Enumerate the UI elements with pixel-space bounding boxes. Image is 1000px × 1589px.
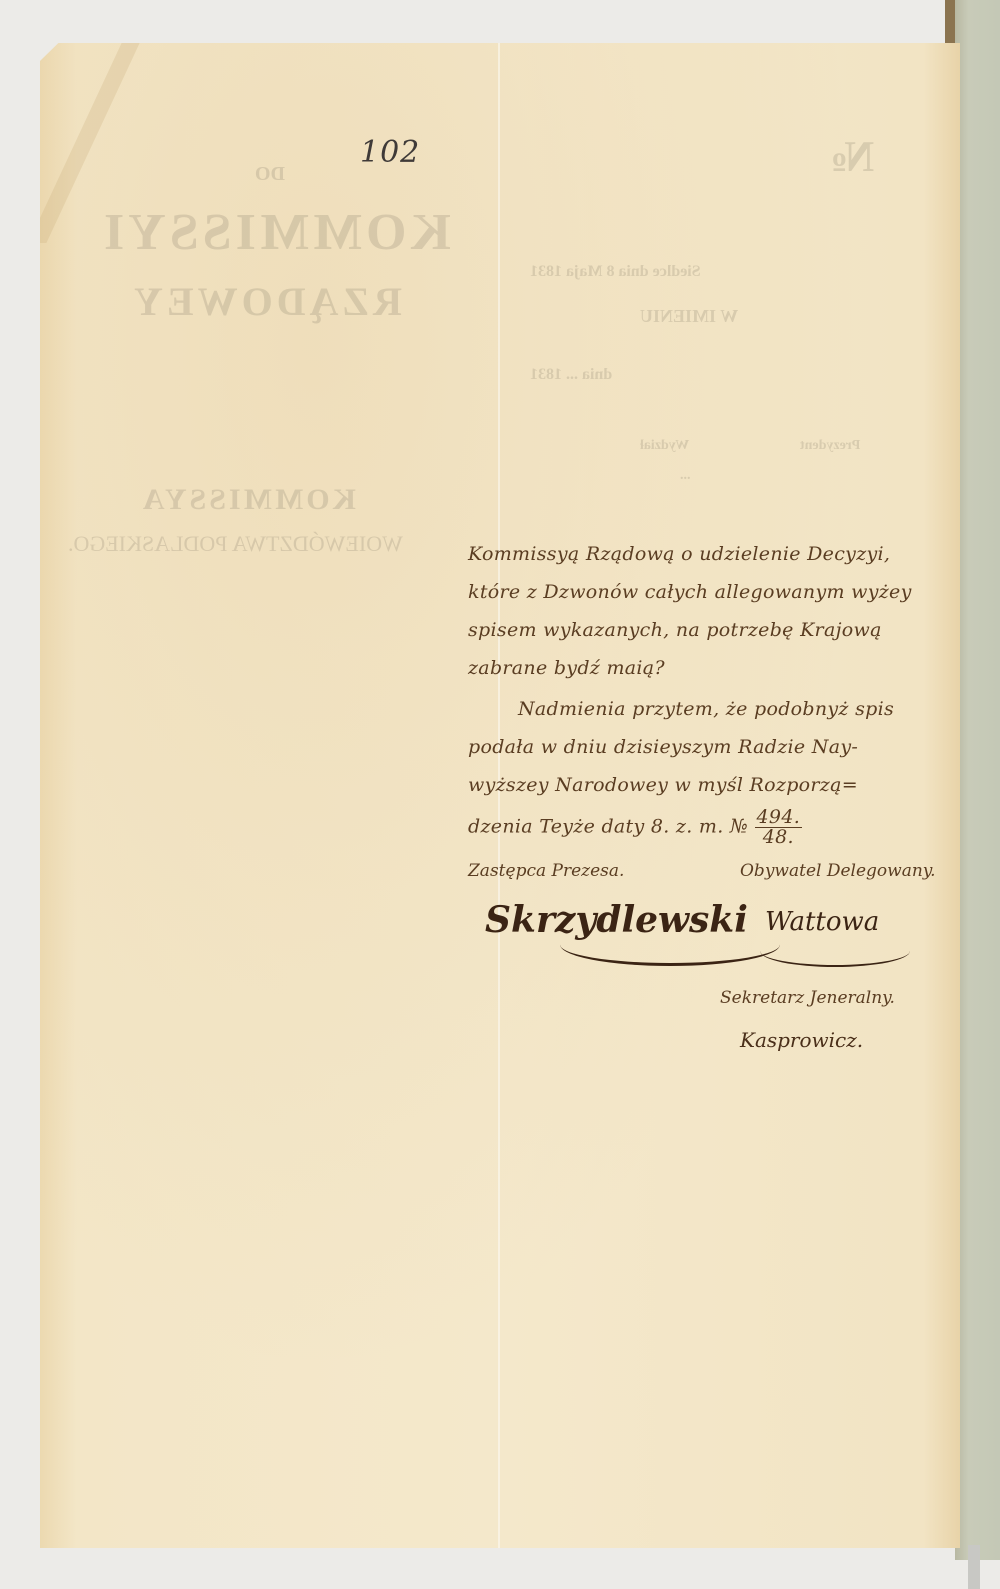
delegated-citizen-label: Obywatel Delegowany. (740, 861, 936, 881)
secretary-signature: Kasprowicz. (740, 1028, 863, 1052)
bleedthrough-right-line4: Prezydent (800, 438, 860, 454)
stand (968, 1545, 980, 1589)
bleedthrough-left-line1: DO (255, 163, 285, 186)
backing-sheet (955, 0, 1000, 1560)
secretary-label: Sekretarz Jeneralny. (720, 988, 895, 1008)
body-line-7: wyższey Narodowey w myśl Rozporzą= (468, 774, 858, 796)
bleedthrough-left-line4: KOMMISSYA (140, 483, 356, 517)
bleedthrough-left-line2: KOMMISSYI (100, 203, 451, 262)
deputy-president-label: Zastępca Prezesa. (468, 861, 624, 881)
delegated-citizen-signature: Wattowa (765, 907, 879, 937)
bleedthrough-right-heading: № (830, 131, 874, 182)
bleedthrough-left-line3: RZĄDOWEY (130, 278, 402, 325)
body-line-5: Nadmienia przytem, że podobnyż spis (518, 698, 894, 720)
bleedthrough-right-line5: Wydział (640, 438, 689, 454)
body-line-4: zabrane bydź maią? (468, 657, 665, 679)
signature-flourish-2 (760, 935, 910, 967)
body-line-8: dzenia Teyże daty 8. z. m. № 494. 48. (468, 808, 802, 847)
signature-flourish-1 (560, 923, 780, 966)
bleedthrough-right-line2: W IMIENIU (640, 306, 738, 327)
body-line-1: Kommissyą Rządową o udzielenie Decyzyi, (468, 543, 890, 565)
body-line-6: podała w dniu dzisieyszym Radzie Nay- (468, 736, 858, 758)
bleedthrough-right-line3: dnia ... 1831 (530, 366, 612, 384)
reference-numerator: 494. (755, 808, 803, 828)
bleedthrough-right-line6: ... (680, 468, 691, 484)
bleedthrough-right-line1: Siedlce dnia 8 Maja 1831 (530, 263, 701, 281)
reference-number: 494. 48. (755, 808, 803, 847)
folio-number: 102 (360, 135, 420, 170)
reference-denominator: 48. (755, 828, 803, 847)
document-page: 102 DO KOMMISSYI RZĄDOWEY KOMMISSYA WOIE… (40, 43, 960, 1548)
body-line-8-text: dzenia Teyże daty 8. z. m. № (468, 816, 748, 838)
body-line-3: spisem wykazanych, na potrzebę Krajową (468, 619, 882, 641)
bleedthrough-left-line5: WOIEWÓDZTWA PODLASKIEGO. (68, 531, 403, 557)
body-line-2: które z Dzwonów całych allegowanym wyżey (468, 581, 912, 603)
